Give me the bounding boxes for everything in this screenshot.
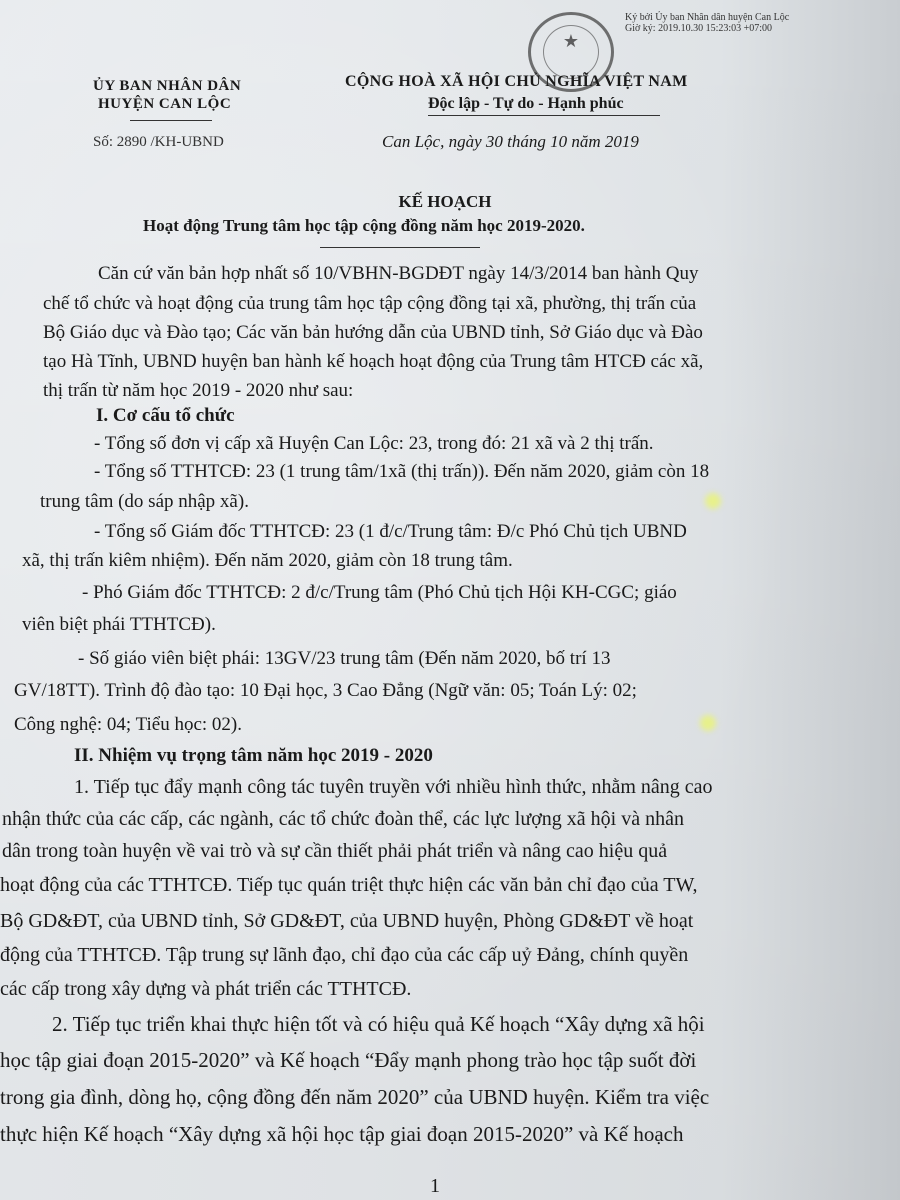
body-text-line: trung tâm (do sáp nhập xã). bbox=[40, 491, 249, 513]
place-date: Can Lộc, ngày 30 tháng 10 năm 2019 bbox=[382, 132, 639, 152]
org-underline bbox=[130, 120, 212, 121]
star-icon: ★ bbox=[531, 31, 611, 52]
body-text-line: - Tổng số đơn vị cấp xã Huyện Can Lộc: 2… bbox=[94, 433, 654, 455]
body-text-line: dân trong toàn huyện về vai trò và sự cầ… bbox=[2, 840, 667, 863]
highlight-mark bbox=[700, 715, 716, 731]
body-text-line: - Tổng số TTHTCĐ: 23 (1 trung tâm/1xã (t… bbox=[94, 461, 709, 483]
body-text-line: động của TTHTCĐ. Tập trung sự lãnh đạo, … bbox=[0, 944, 688, 967]
body-text-line: 2. Tiếp tục triển khai thực hiện tốt và … bbox=[52, 1012, 705, 1037]
issuing-org-line2: HUYỆN CAN LỘC bbox=[98, 96, 231, 113]
digital-signature: Ký bởi Ủy ban Nhân dân huyện Can Lộc Giờ… bbox=[625, 12, 789, 34]
body-text-line: Căn cứ văn bản hợp nhất số 10/VBHN-BGDĐT… bbox=[98, 263, 698, 285]
highlight-mark bbox=[705, 493, 721, 509]
body-text-line: tạo Hà Tĩnh, UBND huyện ban hành kế hoạc… bbox=[43, 351, 703, 373]
body-text-line: GV/18TT). Trình độ đào tạo: 10 Đại học, … bbox=[14, 680, 637, 702]
signature-time: Giờ ký: 2019.10.30 15:23:03 +07:00 bbox=[625, 23, 789, 34]
document-subtitle: Hoạt động Trung tâm học tập cộng đồng nă… bbox=[143, 216, 585, 236]
page-number: 1 bbox=[430, 1175, 440, 1198]
body-text-line: các cấp trong xây dựng và phát triển các… bbox=[0, 978, 411, 1001]
motto-underline bbox=[428, 115, 660, 116]
body-text-line: - Tổng số Giám đốc TTHTCĐ: 23 (1 đ/c/Tru… bbox=[94, 521, 687, 543]
issuing-org-line1: ỦY BAN NHÂN DÂN bbox=[93, 78, 241, 95]
body-text-line: thị trấn từ năm học 2019 - 2020 như sau: bbox=[43, 380, 353, 402]
national-motto: Độc lập - Tự do - Hạnh phúc bbox=[428, 95, 624, 113]
body-text-line: xã, thị trấn kiêm nhiệm). Đến năm 2020, … bbox=[22, 550, 513, 572]
body-text-line: Bộ Giáo dục và Đào tạo; Các văn bản hướn… bbox=[43, 322, 703, 344]
body-text-line: học tập giai đoạn 2015-2020” và Kế hoạch… bbox=[0, 1048, 696, 1073]
section-heading: II. Nhiệm vụ trọng tâm năm học 2019 - 20… bbox=[74, 745, 433, 767]
body-text-line: - Số giáo viên biệt phái: 13GV/23 trung … bbox=[78, 648, 610, 670]
body-text-line: 1. Tiếp tục đẩy mạnh công tác tuyên truy… bbox=[74, 776, 713, 799]
section-heading: I. Cơ cấu tổ chức bbox=[96, 405, 235, 427]
document-number: Số: 2890 /KH-UBND bbox=[93, 134, 224, 151]
subtitle-underline bbox=[320, 247, 480, 248]
document-title: KẾ HOẠCH bbox=[0, 192, 890, 212]
body-text-line: hoạt động của các TTHTCĐ. Tiếp tục quán … bbox=[0, 874, 698, 897]
body-text-line: Bộ GD&ĐT, của UBND tỉnh, Sở GD&ĐT, của U… bbox=[0, 910, 693, 933]
body-text-line: viên biệt phái TTHTCĐ). bbox=[22, 614, 216, 636]
body-text-line: thực hiện Kế hoạch “Xây dựng xã hội học … bbox=[0, 1122, 683, 1147]
body-text-line: trong gia đình, dòng họ, cộng đồng đến n… bbox=[0, 1085, 709, 1110]
body-text-line: chế tổ chức và hoạt động của trung tâm h… bbox=[43, 293, 696, 315]
signature-signer: Ký bởi Ủy ban Nhân dân huyện Can Lộc bbox=[625, 12, 789, 23]
body-text-line: Công nghệ: 04; Tiểu học: 02). bbox=[14, 714, 242, 736]
body-text-line: nhận thức của các cấp, các ngành, các tổ… bbox=[2, 808, 684, 831]
national-title: CỘNG HOÀ XÃ HỘI CHỦ NGHĨA VIỆT NAM bbox=[345, 73, 688, 91]
body-text-line: - Phó Giám đốc TTHTCĐ: 2 đ/c/Trung tâm (… bbox=[82, 582, 677, 604]
